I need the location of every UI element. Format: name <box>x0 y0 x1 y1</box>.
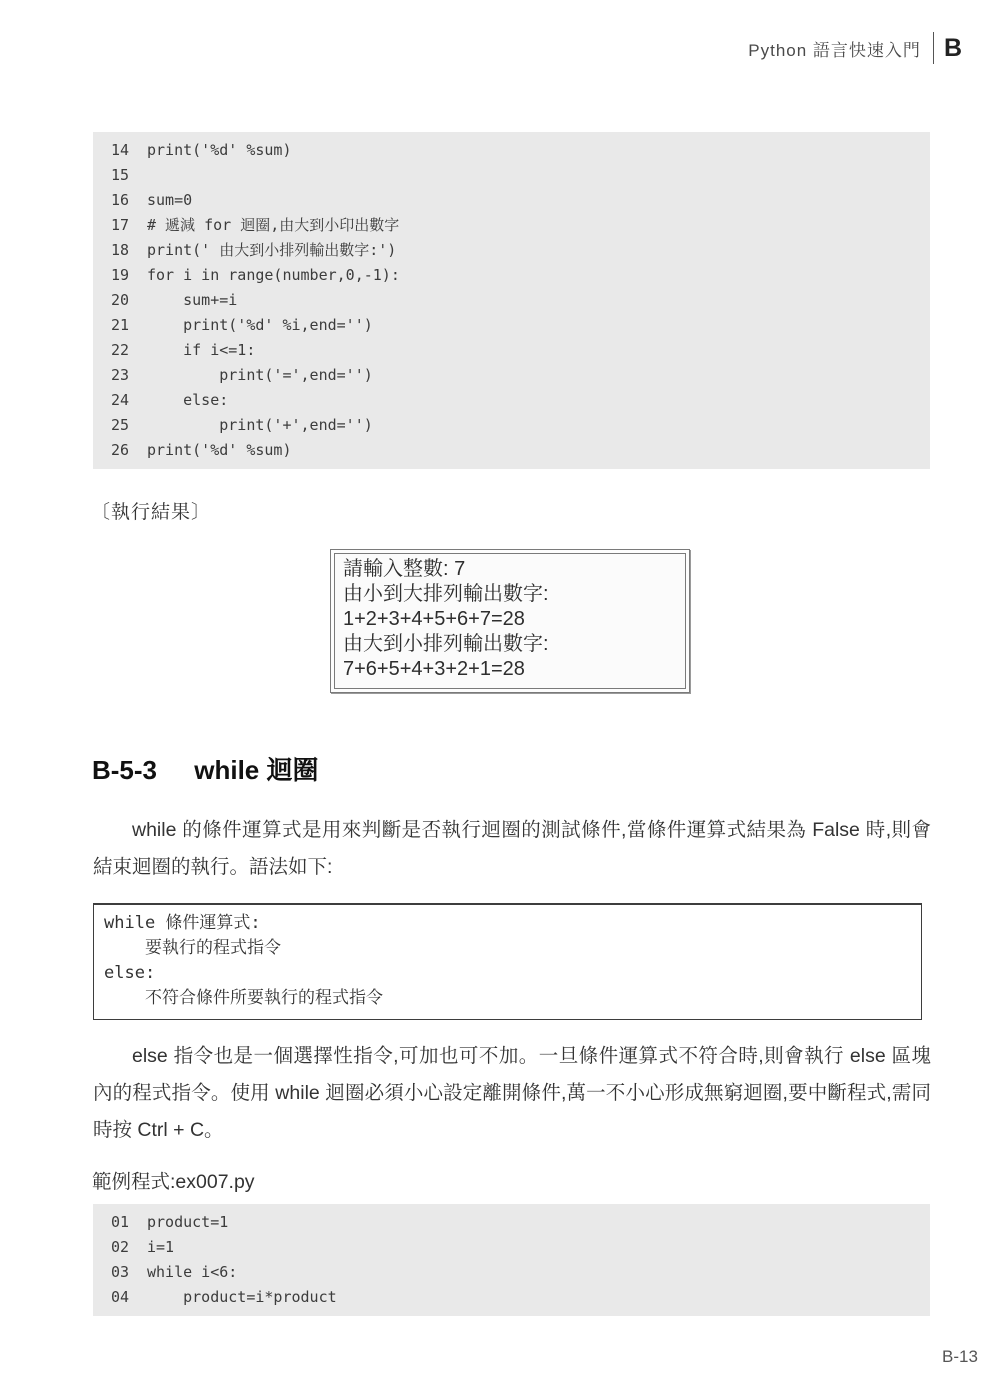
code-line: 19 for i in range(number,0,-1): <box>101 263 930 288</box>
line-code: product=i*product <box>147 1285 337 1310</box>
syntax-box: while 條件運算式: 要執行的程式指令 else: 不符合條件所要執行的程式… <box>93 903 922 1020</box>
section-title: while 迴圈 <box>194 755 318 785</box>
line-number: 23 <box>101 363 129 388</box>
line-number: 04 <box>101 1285 129 1310</box>
code-line: 16 sum=0 <box>101 188 930 213</box>
line-code: while i<6: <box>147 1260 237 1285</box>
line-number: 18 <box>101 238 129 263</box>
section-number: B-5-3 <box>92 755 157 785</box>
line-code: sum+=i <box>147 288 237 313</box>
code-line: 20 sum+=i <box>101 288 930 313</box>
line-number: 25 <box>101 413 129 438</box>
code-line: 26 print('%d' %sum) <box>101 438 930 463</box>
console-output-inner: 請輸入整數: 7 由小到大排列輸出數字: 1+2+3+4+5+6+7=28 由大… <box>334 553 686 689</box>
line-number: 21 <box>101 313 129 338</box>
code-line: 14 print('%d' %sum) <box>101 138 930 163</box>
execution-result-label: 〔執行結果〕 <box>91 497 211 524</box>
code-listing-bottom: 01 product=1 02 i=1 03 while i<6: 04 pro… <box>93 1204 930 1316</box>
code-line: 04 product=i*product <box>101 1285 930 1310</box>
code-listing-top: 14 print('%d' %sum) 15 16 sum=0 17 # 遞減 … <box>93 132 930 469</box>
header-section-letter: B <box>944 34 962 63</box>
console-output-box: 請輸入整數: 7 由小到大排列輸出數字: 1+2+3+4+5+6+7=28 由大… <box>330 549 690 693</box>
line-number: 22 <box>101 338 129 363</box>
section-heading: B-5-3 while 迴圈 <box>92 750 319 787</box>
line-number: 26 <box>101 438 129 463</box>
line-number: 19 <box>101 263 129 288</box>
console-output-line: 由小到大排列輸出數字: <box>343 582 677 607</box>
line-code: if i<=1: <box>147 338 255 363</box>
line-number: 01 <box>101 1210 129 1235</box>
code-line: 03 while i<6: <box>101 1260 930 1285</box>
code-line: 18 print(' 由大到小排列輸出數字:') <box>101 238 930 263</box>
line-number: 03 <box>101 1260 129 1285</box>
paragraph-else-note: else 指令也是一個選擇性指令,可加也可不加。一旦條件運算式不符合時,則會執行… <box>93 1038 931 1149</box>
code-line: 24 else: <box>101 388 930 413</box>
console-output-line: 由大到小排列輸出數字: <box>343 632 677 657</box>
line-number: 20 <box>101 288 129 313</box>
line-number: 17 <box>101 213 129 238</box>
line-code: print(' 由大到小排列輸出數字:') <box>147 238 396 263</box>
line-code: print('%d' %sum) <box>147 138 292 163</box>
line-code: i=1 <box>147 1235 174 1260</box>
line-number: 24 <box>101 388 129 413</box>
code-line: 15 <box>101 163 930 188</box>
line-code: print('%d' %i,end='') <box>147 313 373 338</box>
line-code: # 遞減 for 迴圈,由大到小印出數字 <box>147 213 399 238</box>
code-line: 01 product=1 <box>101 1210 930 1235</box>
code-line: 23 print('=',end='') <box>101 363 930 388</box>
line-code: else: <box>147 388 228 413</box>
syntax-line: 要執行的程式指令 <box>104 936 911 961</box>
line-code: sum=0 <box>147 188 192 213</box>
console-output-line: 7+6+5+4+3+2+1=28 <box>343 657 677 682</box>
header-divider <box>933 32 934 64</box>
line-number: 16 <box>101 188 129 213</box>
console-output-line: 1+2+3+4+5+6+7=28 <box>343 607 677 632</box>
line-number: 15 <box>101 163 129 188</box>
line-code: print('%d' %sum) <box>147 438 292 463</box>
example-program-label: 範例程式:ex007.py <box>92 1166 255 1194</box>
code-line: 22 if i<=1: <box>101 338 930 363</box>
page-header: Python 語言快速入門 B <box>748 32 962 64</box>
code-line: 25 print('+',end='') <box>101 413 930 438</box>
line-code: for i in range(number,0,-1): <box>147 263 400 288</box>
code-line: 17 # 遞減 for 迴圈,由大到小印出數字 <box>101 213 930 238</box>
console-output-line: 請輸入整數: 7 <box>343 557 677 582</box>
paragraph-while-intro: while 的條件運算式是用來判斷是否執行迴圈的測試條件,當條件運算式結果為 F… <box>93 812 931 886</box>
code-line: 02 i=1 <box>101 1235 930 1260</box>
syntax-line: 不符合條件所要執行的程式指令 <box>104 986 911 1011</box>
code-line: 21 print('%d' %i,end='') <box>101 313 930 338</box>
syntax-line: while 條件運算式: <box>104 911 911 936</box>
line-code: print('=',end='') <box>147 363 373 388</box>
line-code: print('+',end='') <box>147 413 373 438</box>
line-number: 02 <box>101 1235 129 1260</box>
syntax-line: else: <box>104 961 911 986</box>
header-title: Python 語言快速入門 <box>748 36 921 61</box>
page-number: B-13 <box>942 1347 978 1367</box>
line-code: product=1 <box>147 1210 228 1235</box>
line-number: 14 <box>101 138 129 163</box>
book-page: Python 語言快速入門 B 14 print('%d' %sum) 15 1… <box>0 0 1000 1393</box>
